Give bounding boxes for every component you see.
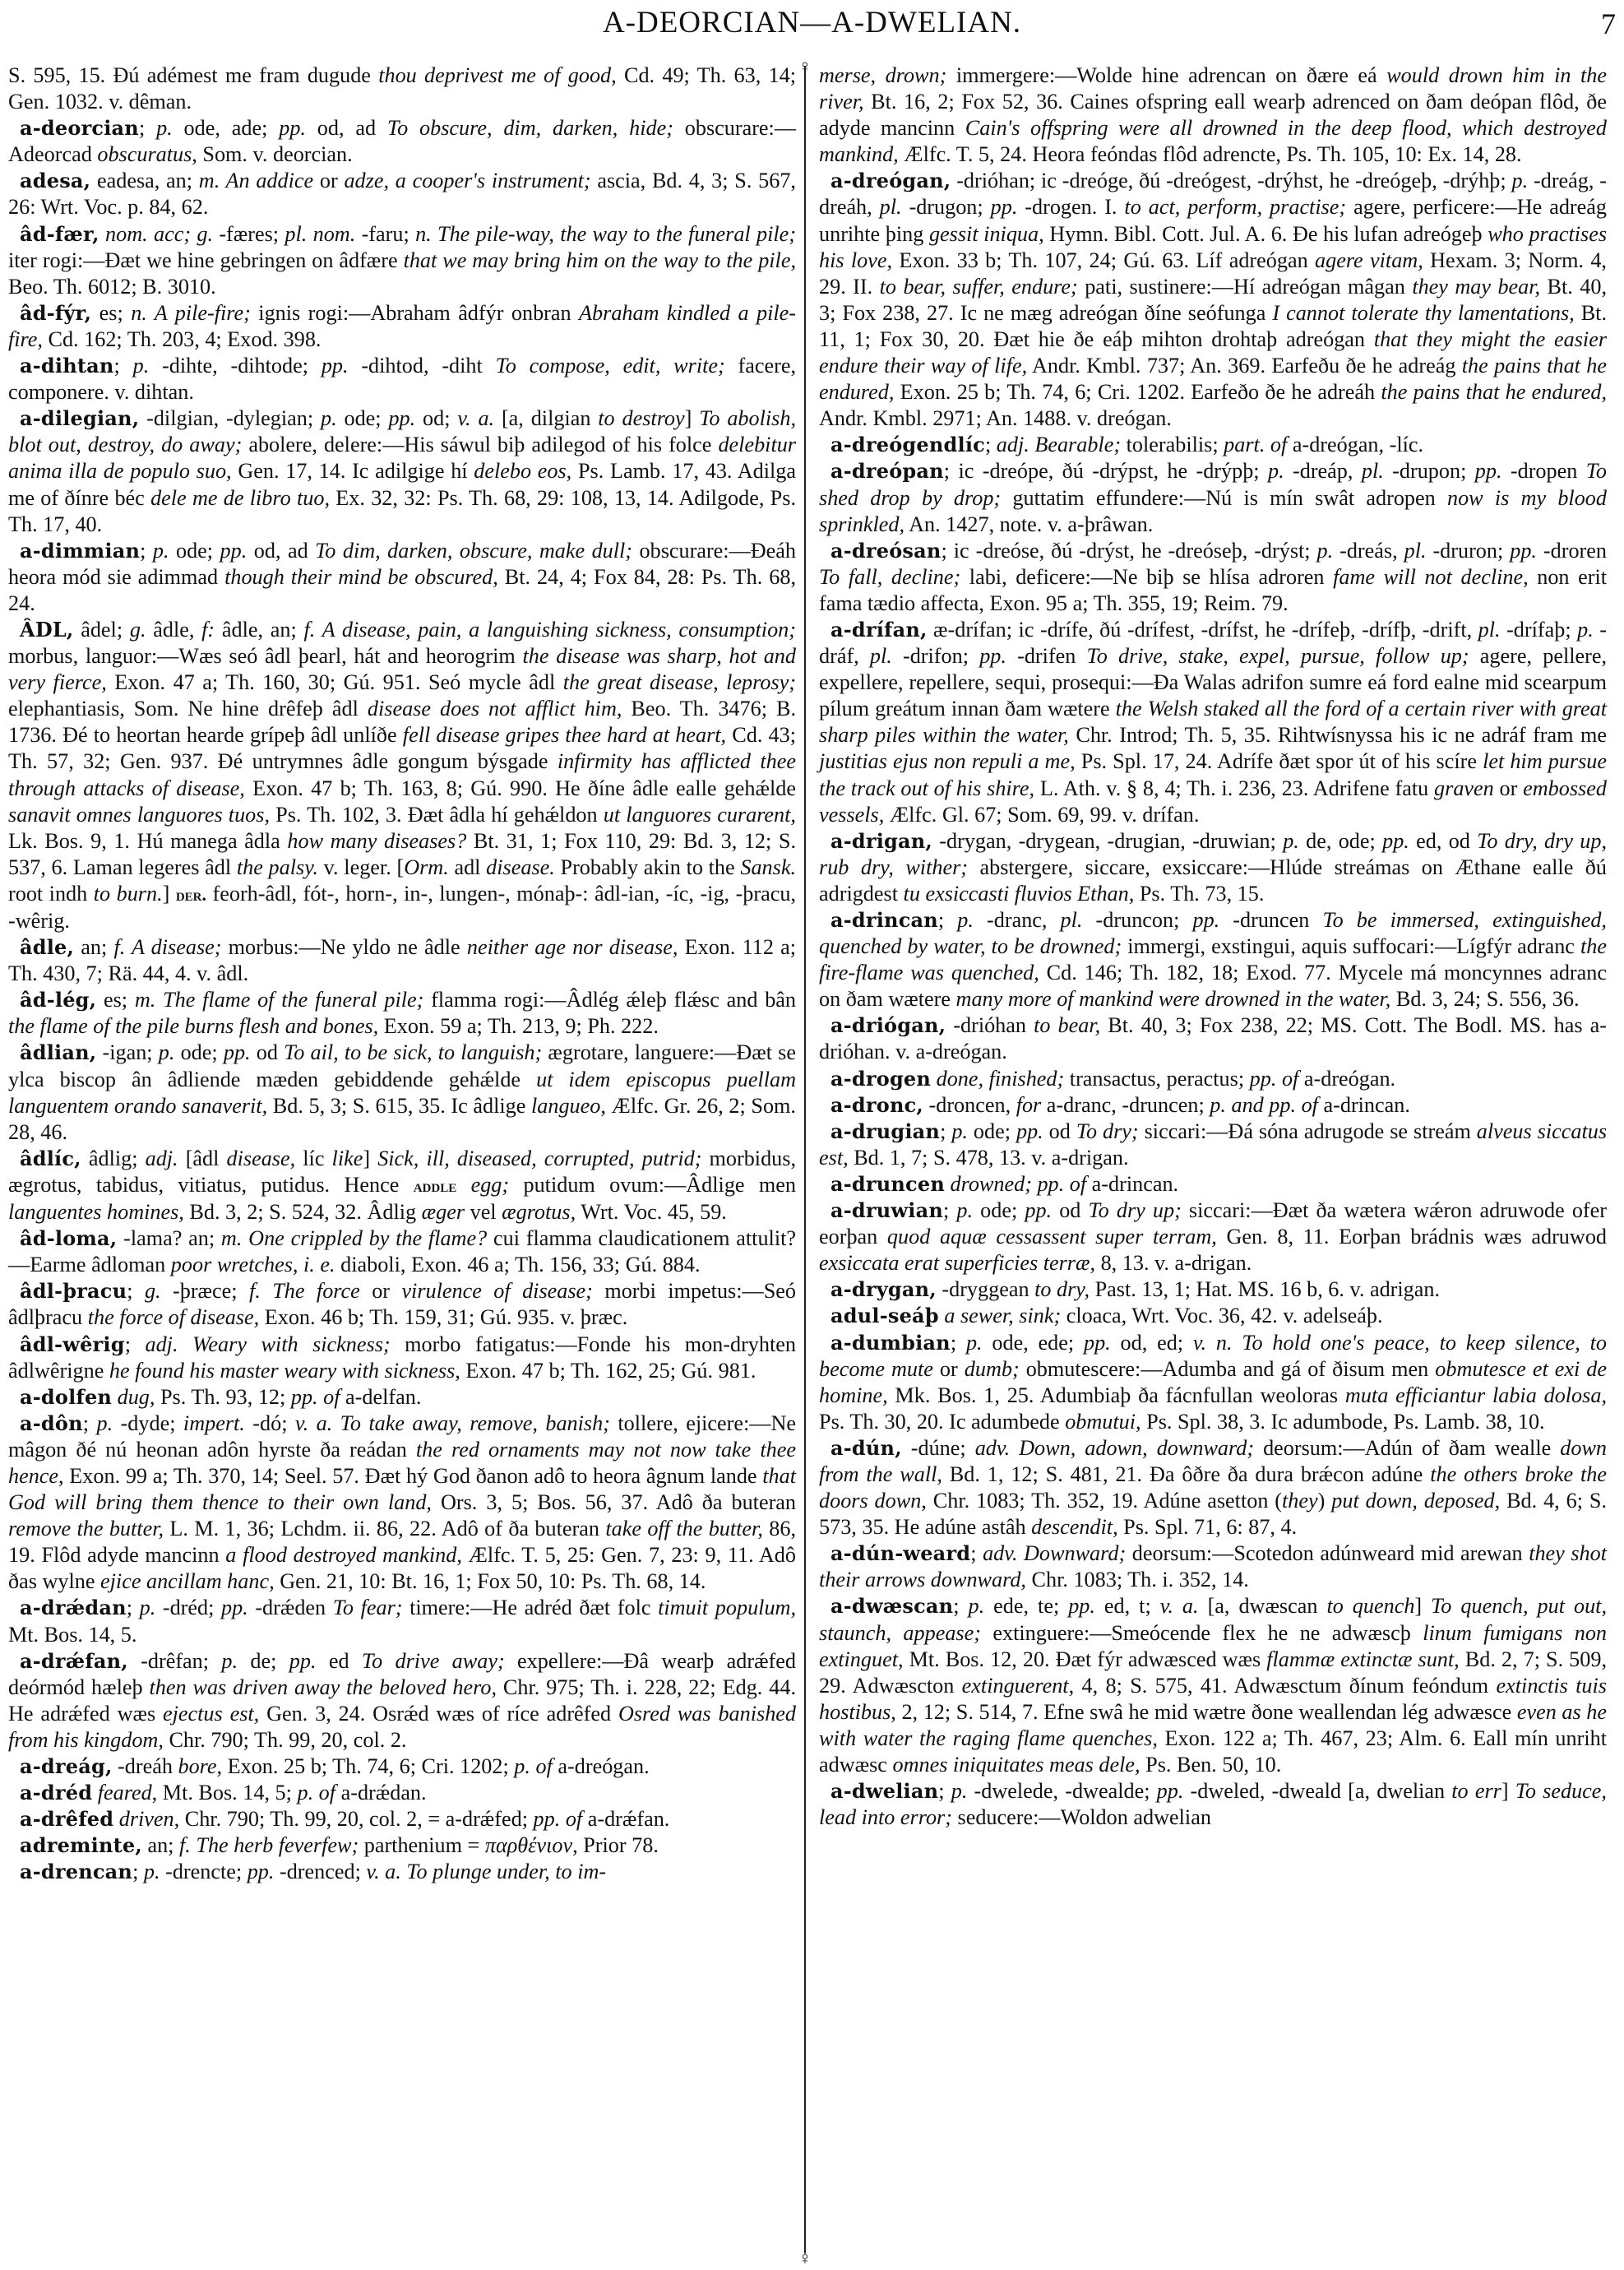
roman-text: Exon. 46 b; Th. 159, 31; Gú. 935. v. þræ… bbox=[259, 1305, 627, 1329]
roman-text: Exon. 25 b; Th. 74, 6; Cri. 1202; bbox=[222, 1754, 514, 1778]
roman-text: Som. v. deorcian. bbox=[197, 142, 353, 166]
italic-text: a flood destroyed mankind, bbox=[225, 1543, 462, 1567]
italic-text: p. bbox=[951, 1779, 968, 1803]
roman-text: ed, od bbox=[1409, 829, 1477, 853]
roman-text: an; bbox=[74, 935, 113, 959]
italic-text: timuit populum, bbox=[658, 1596, 796, 1619]
italic-text: p. of bbox=[514, 1754, 553, 1778]
roman-text: or bbox=[313, 169, 344, 192]
italic-text: to err bbox=[1451, 1779, 1501, 1803]
roman-text: timere:—He adréd ðæt folc bbox=[403, 1596, 659, 1619]
roman-text: -dihtod, -diht bbox=[349, 354, 496, 378]
roman-text: 8, 13. v. a-drigan. bbox=[1095, 1251, 1252, 1275]
headword: a-dimmian bbox=[20, 539, 140, 563]
headword: âdl-wêrig bbox=[20, 1332, 125, 1356]
dictionary-entry: a-dreág, -dreáh bore, Exon. 25 b; Th. 74… bbox=[8, 1753, 796, 1780]
italic-text: adj. bbox=[146, 1147, 178, 1170]
italic-text: egg; bbox=[456, 1173, 509, 1197]
italic-text: to act, perform, practise; bbox=[1124, 195, 1346, 219]
roman-text: -dreáh bbox=[113, 1754, 178, 1778]
roman-text: ; bbox=[127, 1279, 145, 1303]
dictionary-entry: âd-fær, nom. acc; g. -færes; pl. nom. -f… bbox=[8, 221, 796, 300]
roman-text: deorsum:—Adún of ðam wealle bbox=[1254, 1436, 1560, 1460]
italic-text: v. a. bbox=[1160, 1594, 1199, 1618]
roman-text: -drifon; bbox=[892, 644, 979, 668]
roman-text: ed bbox=[316, 1649, 361, 1673]
dictionary-entry: a-druncen drowned; pp. of a-drincan. bbox=[819, 1171, 1607, 1198]
dictionary-entry: a-dimmian; p. ode; pp. od, ad To dim, da… bbox=[8, 538, 796, 617]
roman-text: Probably akin to the bbox=[555, 855, 741, 879]
italic-text: To obscure, dim, darken, hide; bbox=[387, 116, 673, 140]
roman-text: ; bbox=[940, 1119, 951, 1143]
italic-text: to quench bbox=[1326, 1594, 1414, 1618]
italic-text: ægrotus, bbox=[502, 1200, 576, 1224]
italic-text: p. bbox=[1577, 618, 1594, 642]
roman-text: a-drincan. bbox=[1318, 1093, 1410, 1117]
italic-text: put down, deposed, bbox=[1331, 1489, 1500, 1513]
roman-text: L. M. 1, 36; Lchdm. ii. 86, 22. Adô of ð… bbox=[164, 1517, 605, 1540]
italic-text: To dim, darken, obscure, make dull; bbox=[315, 539, 632, 563]
roman-text: -færes; bbox=[213, 222, 285, 246]
italic-text: done, finished; bbox=[931, 1067, 1064, 1091]
italic-text: flammæ extinctæ sunt, bbox=[1266, 1647, 1460, 1671]
italic-text: descendit, bbox=[1031, 1515, 1117, 1539]
headword: a-drincan bbox=[831, 908, 938, 932]
roman-text: obmutescere:—Adumba and gá of ðisum men bbox=[1020, 1357, 1436, 1381]
headword: a-dolfen bbox=[20, 1385, 112, 1409]
roman-text: es; bbox=[91, 301, 131, 325]
dictionary-entry: a-drugian; p. ode; pp. od To dry; siccar… bbox=[819, 1119, 1607, 1171]
roman-text: a-drǽdan. bbox=[335, 1781, 427, 1804]
italic-text: Sansk. bbox=[740, 855, 796, 879]
roman-text: Mt. Bos. 14, 5. bbox=[8, 1623, 136, 1647]
italic-text: p. bbox=[969, 1594, 985, 1618]
dictionary-entry: a-drogen done, finished; transactus, per… bbox=[819, 1066, 1607, 1092]
roman-text: ode, ede; bbox=[983, 1331, 1084, 1355]
roman-text: -dihte, -dihtode; bbox=[149, 354, 322, 378]
italic-text: part. of bbox=[1224, 433, 1287, 456]
headword: âdle, bbox=[20, 935, 74, 959]
headword: a-drǽfan, bbox=[20, 1649, 128, 1673]
italic-text: p. bbox=[96, 1411, 113, 1435]
roman-text: Gen. 17, 14. Ic adilgige hí bbox=[232, 459, 474, 483]
roman-text: guttatim effundere:—Nú is mín swât adrop… bbox=[1001, 486, 1447, 510]
italic-text: pp. bbox=[221, 1596, 248, 1619]
dictionary-entry: a-dréd feared, Mt. Bos. 14, 5; p. of a-d… bbox=[8, 1780, 796, 1806]
headword: a-drogen bbox=[831, 1067, 931, 1091]
italic-text: the pains that he endured, bbox=[1381, 380, 1607, 404]
headword: adreminte, bbox=[20, 1833, 142, 1857]
left-column: S. 595, 15. Ðú adémest me fram dugude th… bbox=[8, 63, 796, 1885]
italic-text: p. bbox=[951, 1119, 968, 1143]
roman-text: labi, deficere:—Ne biþ se hlísa adroren bbox=[960, 565, 1333, 589]
italic-text: m. One crippled by the flame? bbox=[221, 1226, 487, 1250]
roman-text: -drêfan; bbox=[128, 1649, 222, 1673]
italic-text: p. bbox=[153, 539, 169, 563]
italic-text: pp. bbox=[1157, 1779, 1184, 1803]
italic-text: f. The force bbox=[249, 1279, 360, 1303]
italic-text: pp. bbox=[979, 644, 1006, 668]
roman-text: a-delfan. bbox=[340, 1385, 422, 1409]
roman-text: Exon. 59 a; Th. 213, 9; Ph. 222. bbox=[378, 1014, 659, 1038]
italic-text: extinguerent, bbox=[962, 1674, 1074, 1698]
roman-text: or bbox=[933, 1357, 965, 1381]
roman-text: ; bbox=[140, 539, 153, 563]
roman-text: Gen. 3, 24. Osrǽd wæs of ríce adrêfed bbox=[259, 1702, 618, 1726]
roman-text: Mk. Bos. 1, 25. Adumbiaþ ða fácnfullan w… bbox=[888, 1383, 1345, 1407]
italic-text: the palsy. bbox=[237, 855, 318, 879]
italic-text: pp. bbox=[279, 116, 306, 140]
roman-text: ; bbox=[970, 1541, 983, 1565]
italic-text: v. a. bbox=[457, 406, 494, 430]
italic-text: drowned; pp. of bbox=[945, 1172, 1086, 1196]
running-head: A-DEORCIAN—A-DWELIAN. bbox=[0, 5, 1624, 40]
italic-text: bore, bbox=[178, 1754, 222, 1778]
roman-text: [a, dilgian bbox=[494, 406, 598, 430]
roman-text: -drupon; bbox=[1384, 459, 1475, 483]
roman-text: -dréd; bbox=[155, 1596, 221, 1619]
italic-text: how many diseases? bbox=[287, 829, 466, 853]
dictionary-entry: a-dôn; p. -dyde; impert. -dó; v. a. To t… bbox=[8, 1411, 796, 1596]
italic-text: exsiccata erat superficies terræ, bbox=[819, 1251, 1095, 1275]
roman-text: -dúne; bbox=[902, 1436, 975, 1460]
roman-text: Mt. Bos. 14, 5; bbox=[157, 1781, 297, 1804]
dictionary-entry: adul-seáþ a sewer, sink; cloaca, Wrt. Vo… bbox=[819, 1303, 1607, 1329]
italic-text: delebo eos, bbox=[474, 459, 571, 483]
headword: a-drǽdan bbox=[20, 1596, 127, 1619]
roman-text: ; bbox=[114, 354, 133, 378]
roman-text: od, ad bbox=[306, 116, 387, 140]
roman-text: -druncen bbox=[1219, 908, 1322, 932]
italic-text: pp. bbox=[289, 1649, 317, 1673]
roman-text: Cd. 162; Th. 203, 4; Exod. 398. bbox=[43, 327, 322, 351]
roman-text: -droncen, bbox=[923, 1093, 1016, 1117]
italic-text: disease, bbox=[227, 1147, 296, 1170]
italic-text: I cannot tolerate thy lamentations, bbox=[1272, 301, 1574, 325]
dictionary-entry: a-drencan; p. -drencte; pp. -drenced; v.… bbox=[8, 1859, 796, 1885]
italic-text: To drive, stake, expel, pursue, follow u… bbox=[1087, 644, 1469, 668]
dictionary-entry: a-dún, -dúne; adv. Down, adown, downward… bbox=[819, 1435, 1607, 1540]
roman-text: -droren bbox=[1537, 539, 1607, 563]
italic-text: m. The flame of the funeral pile; bbox=[135, 988, 424, 1012]
italic-text: justitias ejus non repuli a me, bbox=[819, 749, 1076, 773]
roman-text: -dó; bbox=[245, 1411, 295, 1435]
roman-text: a-drincan. bbox=[1086, 1172, 1178, 1196]
roman-text: Exon. 47 b; Th. 162, 25; Gú. 981. bbox=[460, 1359, 756, 1383]
italic-text: ejice ancillam hanc, bbox=[100, 1569, 275, 1593]
italic-text: g. bbox=[130, 618, 146, 642]
dictionary-entry: âdl-þracu; g. -þræce; f. The force or vi… bbox=[8, 1278, 796, 1331]
roman-text: -drogen. I. bbox=[1017, 195, 1124, 219]
italic-text: pp. bbox=[220, 539, 248, 563]
italic-text: the force of disease, bbox=[88, 1305, 259, 1329]
roman-text: or bbox=[360, 1279, 402, 1303]
roman-text: Ps. Spl. 38, 3. Ic adumbode, Ps. Lamb. 3… bbox=[1141, 1410, 1545, 1434]
roman-text: Wrt. Voc. 45, 59. bbox=[576, 1200, 727, 1224]
roman-text: a-drǽfan. bbox=[582, 1807, 669, 1831]
italic-text: v. a. To plunge under, to im- bbox=[366, 1860, 606, 1883]
italic-text: p. bbox=[221, 1649, 238, 1673]
dictionary-entry: a-dreósan; ic -dreóse, ðú -drýst, he -dr… bbox=[819, 538, 1607, 617]
roman-text: od, ad bbox=[247, 539, 315, 563]
roman-text: âdel; bbox=[73, 618, 129, 642]
italic-text: muta efficiantur labia dolosa, bbox=[1345, 1383, 1607, 1407]
italic-text: languentes homines, bbox=[8, 1200, 184, 1224]
italic-text: p. and pp. of bbox=[1210, 1093, 1318, 1117]
italic-text: pp. bbox=[224, 1040, 251, 1064]
roman-text: od; bbox=[415, 406, 457, 430]
roman-text: -drygan, -drygean, -drugian, -druwian; bbox=[932, 829, 1283, 853]
roman-text: diaboli, Exon. 46 a; Th. 156, 33; Gú. 88… bbox=[335, 1253, 701, 1276]
headword: âd-loma, bbox=[20, 1226, 117, 1250]
dictionary-entry: âdlíc, âdlig; adj. [âdl disease, líc lik… bbox=[8, 1146, 796, 1225]
italic-text: pl. bbox=[1478, 618, 1501, 642]
roman-text: ode, ade; bbox=[173, 116, 280, 140]
italic-text: pl. bbox=[880, 195, 902, 219]
roman-text: Gen. 21, 10: Bt. 16, 1; Fox 50, 10: Ps. … bbox=[275, 1569, 706, 1593]
italic-text: adj. Bearable; bbox=[997, 433, 1121, 456]
headword: a-dilegian, bbox=[20, 406, 139, 430]
roman-text: parthenium = bbox=[359, 1833, 485, 1857]
dictionary-entry: âd-lég, es; m. The flame of the funeral … bbox=[8, 987, 796, 1040]
roman-text: âdle, bbox=[146, 618, 201, 642]
dictionary-entry: a-dreógendlíc; adj. Bearable; tolerabili… bbox=[819, 432, 1607, 458]
headword: a-druwian bbox=[831, 1198, 943, 1222]
roman-text: ode; bbox=[169, 539, 220, 563]
page-header: A-DEORCIAN—A-DWELIAN. 7 bbox=[0, 0, 1624, 48]
italic-text: obmutui, bbox=[1065, 1410, 1141, 1434]
roman-text: ode; bbox=[337, 406, 389, 430]
dictionary-entry: S. 595, 15. Ðú adémest me fram dugude th… bbox=[8, 63, 796, 115]
roman-text: ; bbox=[938, 908, 957, 932]
headword: a-dwæscan bbox=[831, 1594, 953, 1618]
italic-text: pp. bbox=[991, 195, 1018, 219]
roman-text: Ps. Th. 93, 12; bbox=[155, 1385, 290, 1409]
italic-text: To ail, to be sick, to languish; bbox=[284, 1040, 542, 1064]
italic-text: p. bbox=[159, 1040, 175, 1064]
italic-text: thou deprivest me of good, bbox=[378, 63, 616, 87]
roman-text: abolere, delere:—His sáwul biþ adilegod … bbox=[242, 433, 718, 456]
roman-text: a-dreógan. bbox=[553, 1754, 650, 1778]
roman-text: -dyde; bbox=[113, 1411, 183, 1435]
italic-text: pl. nom. bbox=[285, 222, 355, 246]
roman-text: vel bbox=[465, 1200, 502, 1224]
roman-text: -drifen bbox=[1006, 644, 1087, 668]
roman-text: [âdl bbox=[178, 1147, 227, 1170]
italic-text: pp. bbox=[1192, 908, 1219, 932]
roman-text: putidum ovum:—Âdlige men bbox=[509, 1173, 796, 1197]
italic-text: dug, bbox=[112, 1385, 155, 1409]
headword: a-dreósan bbox=[831, 539, 942, 563]
italic-text: for bbox=[1016, 1093, 1042, 1117]
italic-text: feared, bbox=[92, 1781, 157, 1804]
headword: ÂDL, bbox=[20, 618, 73, 642]
headword: a-dihtan bbox=[20, 354, 114, 378]
roman-text: -dweled, -dweald [a, dwelian bbox=[1183, 1779, 1451, 1803]
roman-text: Chr. 790; Th. 99, 20, col. 2, = a-drǽfed… bbox=[179, 1807, 533, 1831]
roman-text: extinguere:—Smeócende flex he ne adwæscþ bbox=[981, 1621, 1423, 1645]
headword: a-drencan bbox=[20, 1860, 132, 1883]
roman-text: -druncon; bbox=[1082, 908, 1192, 932]
roman-text: -dreáp, bbox=[1284, 459, 1362, 483]
roman-text: Ps. Spl. 17, 24. Adrífe ðæt spor út of h… bbox=[1076, 749, 1483, 773]
small-caps-text: addle bbox=[414, 1175, 457, 1196]
roman-text: a-dreógan. bbox=[1298, 1067, 1395, 1091]
roman-text: -lama? an; bbox=[117, 1226, 221, 1250]
italic-text: p. bbox=[1283, 829, 1299, 853]
headword: âd-lég, bbox=[20, 988, 96, 1012]
italic-text: n. A pile-fire; bbox=[131, 301, 251, 325]
dictionary-entry: ÂDL, âdel; g. âdle, f: âdle, an; f. A di… bbox=[8, 617, 796, 934]
roman-text: Prior 78. bbox=[578, 1833, 659, 1857]
headword: âd-fær, bbox=[20, 222, 99, 246]
roman-text: -faru; bbox=[355, 222, 415, 246]
italic-text: pp. bbox=[1382, 829, 1409, 853]
italic-text: to burn. bbox=[94, 882, 163, 906]
italic-text: p. bbox=[140, 1596, 156, 1619]
italic-text: p. bbox=[133, 354, 150, 378]
italic-text: graven bbox=[1434, 776, 1494, 800]
roman-text: -igan; bbox=[96, 1040, 158, 1064]
roman-text: immergi, exstingui, aquis suffocari:—Líg… bbox=[1122, 934, 1580, 958]
roman-text: deorsum:—Scotedon adúnweard mid arewan bbox=[1126, 1541, 1529, 1565]
roman-text: -dranc, bbox=[974, 908, 1061, 932]
dictionary-entry: a-drêfed driven, Chr. 790; Th. 99, 20, c… bbox=[8, 1806, 796, 1832]
roman-text: 4, 8; S. 575, 41. Adwæsctum ðínum feóndu… bbox=[1074, 1674, 1496, 1698]
roman-text: Beo. Th. 6012; B. 3010. bbox=[8, 275, 216, 299]
roman-text: ; ic -dreóse, ðú -drýst, he -dreóseþ, -d… bbox=[942, 539, 1317, 563]
italic-text: To drive away; bbox=[362, 1649, 505, 1673]
headword: âdlian, bbox=[20, 1040, 96, 1064]
roman-text: or bbox=[1494, 776, 1523, 800]
roman-text: transactus, peractus; bbox=[1064, 1067, 1249, 1091]
roman-text: ; bbox=[943, 1198, 956, 1222]
italic-text: omnes iniquitates meas dele, bbox=[892, 1753, 1140, 1777]
roman-text: od bbox=[1052, 1198, 1088, 1222]
italic-text: disease. bbox=[486, 855, 555, 879]
italic-text: æger bbox=[422, 1200, 465, 1224]
dictionary-entry: a-dronc, -droncen, for a-dranc, -druncen… bbox=[819, 1092, 1607, 1119]
roman-text: ; bbox=[985, 433, 997, 456]
roman-text: ed, t; bbox=[1095, 1594, 1160, 1618]
roman-text: siccari:—Ðá sóna adrugode se streám bbox=[1139, 1119, 1477, 1143]
italic-text: that we may bring him on the way to the … bbox=[404, 248, 796, 272]
roman-text: Ors. 3, 5; Bos. 56, 37. Adô ða buteran bbox=[432, 1490, 796, 1514]
roman-text: ] bbox=[1414, 1594, 1431, 1618]
dictionary-entry: a-driógan, -drióhan to bear, Bt. 40, 3; … bbox=[819, 1012, 1607, 1065]
headword: a-driógan, bbox=[831, 1013, 946, 1037]
headword: âdlíc, bbox=[20, 1147, 81, 1170]
roman-text: líc bbox=[295, 1147, 331, 1170]
italic-text: p. bbox=[957, 908, 974, 932]
roman-text: od bbox=[1043, 1119, 1076, 1143]
italic-text: v. a. To take away, remove, banish; bbox=[295, 1411, 610, 1435]
roman-text: ] bbox=[163, 882, 176, 906]
roman-text: an; bbox=[142, 1833, 179, 1857]
italic-text: pp. of bbox=[534, 1807, 583, 1831]
roman-text: Past. 13, 1; Hat. MS. 16 b, 6. v. adriga… bbox=[1090, 1277, 1440, 1301]
roman-text: Andr. Kmbl. 737; An. 369. Earfeðu ðe he … bbox=[1027, 354, 1462, 378]
roman-text: Ælfc. T. 5, 24. Heora feóndas flôd adren… bbox=[899, 142, 1522, 166]
roman-text: Mt. Bos. 12, 20. Ðæt fýr adwæsced wæs bbox=[904, 1647, 1267, 1671]
italic-text: though their mind be obscured, bbox=[224, 565, 498, 589]
roman-text: -dilgian, -dylegian; bbox=[139, 406, 321, 430]
dictionary-entry: a-drygan, -dryggean to dry, Past. 13, 1;… bbox=[819, 1276, 1607, 1303]
italic-text: they bbox=[1282, 1489, 1318, 1513]
italic-text: m. An addice bbox=[199, 169, 313, 192]
roman-text: Ps. Spl. 71, 6: 87, 4. bbox=[1118, 1515, 1298, 1539]
headword: a-dreógendlíc bbox=[831, 433, 985, 456]
italic-text: to destroy bbox=[598, 406, 684, 430]
roman-text: eadesa, an; bbox=[90, 169, 199, 192]
italic-text: poor wretches, i. e. bbox=[171, 1253, 335, 1276]
roman-text: [a, dwæscan bbox=[1199, 1594, 1327, 1618]
roman-text: ; bbox=[953, 1594, 968, 1618]
italic-text: To fall, decline; bbox=[819, 565, 960, 589]
headword: a-dwelian bbox=[831, 1779, 938, 1803]
roman-text: Bd. 3, 2; S. 524, 32. Âdlig bbox=[184, 1200, 422, 1224]
italic-text: take off the butter, bbox=[605, 1517, 763, 1540]
roman-text: ; bbox=[125, 1332, 146, 1356]
italic-text: merse, drown; bbox=[819, 63, 946, 87]
roman-text: Bd. 1, 12; S. 481, 21. Ða ôðre ða dura b… bbox=[942, 1462, 1430, 1486]
roman-text: ; bbox=[139, 116, 156, 140]
italic-text: they may bear, bbox=[1412, 275, 1540, 299]
roman-text: -drióhan; ic -dreóge, ðú -dreógest, -drý… bbox=[951, 169, 1511, 192]
italic-text: adze, a cooper's instrument; bbox=[344, 169, 590, 192]
dictionary-entry: a-deorcian; p. ode, ade; pp. od, ad To o… bbox=[8, 115, 796, 168]
italic-text: p. bbox=[321, 406, 337, 430]
roman-text: Exon. 25 b; Th. 74, 6; Cri. 1202. Earfeð… bbox=[894, 380, 1381, 404]
roman-text: Chr. 790; Th. 99, 20, col. 2. bbox=[164, 1728, 407, 1752]
italic-text: pl. bbox=[1404, 539, 1427, 563]
italic-text: pp. of bbox=[291, 1385, 340, 1409]
roman-text: Chr. 1083; Th. i. 352, 14. bbox=[1026, 1568, 1249, 1591]
roman-text: Bd. 3, 24; S. 556, 36. bbox=[1390, 987, 1579, 1011]
italic-text: to bear, bbox=[1034, 1013, 1100, 1037]
italic-text: langueo, bbox=[531, 1094, 606, 1118]
italic-text: pp. of bbox=[1250, 1067, 1299, 1091]
italic-text: adj. Weary with sickness; bbox=[145, 1332, 390, 1356]
italic-text: adv. Down, adown, downward; bbox=[975, 1436, 1254, 1460]
italic-text: p. bbox=[1512, 169, 1529, 192]
roman-text: -drencte; bbox=[160, 1860, 248, 1883]
italic-text: pl. bbox=[870, 644, 892, 668]
dictionary-entry: a-dwelian; p. -dwelede, -dwealde; pp. -d… bbox=[819, 1778, 1607, 1831]
dictionary-entry: a-dilegian, -dilgian, -dylegian; p. ode;… bbox=[8, 405, 796, 537]
roman-text: An. 1427, note. v. a-þrâwan. bbox=[905, 512, 1153, 536]
headword: a-dreópan bbox=[831, 459, 944, 483]
dictionary-entry: a-dún-weard; adv. Downward; deorsum:—Sco… bbox=[819, 1540, 1607, 1593]
roman-text: Exon. 33 b; Th. 107, 24; Gú. 63. Líf adr… bbox=[892, 248, 1315, 272]
roman-text: a-dranc, -druncen; bbox=[1041, 1093, 1210, 1117]
italic-text: the great disease, leprosy; bbox=[563, 670, 796, 694]
roman-text: -dropen bbox=[1501, 459, 1585, 483]
italic-text: p. bbox=[1268, 459, 1284, 483]
roman-text: Exon. 99 a; Th. 370, 14; Seel. 57. Ðæt h… bbox=[64, 1464, 763, 1488]
italic-text: virulence of disease; bbox=[401, 1279, 592, 1303]
italic-text: g. bbox=[145, 1279, 161, 1303]
headword: a-dumbian bbox=[831, 1331, 951, 1355]
headword: a-dôn bbox=[20, 1411, 83, 1435]
dictionary-entry: a-dihtan; p. -dihte, -dihtode; pp. -diht… bbox=[8, 353, 796, 405]
headword: a-drêfed bbox=[20, 1807, 113, 1831]
italic-text: then was driven away the beloved hero, bbox=[149, 1675, 497, 1699]
italic-text: remove the butter, bbox=[8, 1517, 164, 1540]
roman-text: 2, 12; S. 514, 7. Efne swâ he mid wætre … bbox=[896, 1700, 1517, 1724]
roman-text: Ps. Th. 102, 3. Ðæt âdla hí gehǽldon bbox=[270, 803, 604, 827]
roman-text: Chr. 1083; Th. 352, 19. Adúne asetton ( bbox=[927, 1489, 1282, 1513]
